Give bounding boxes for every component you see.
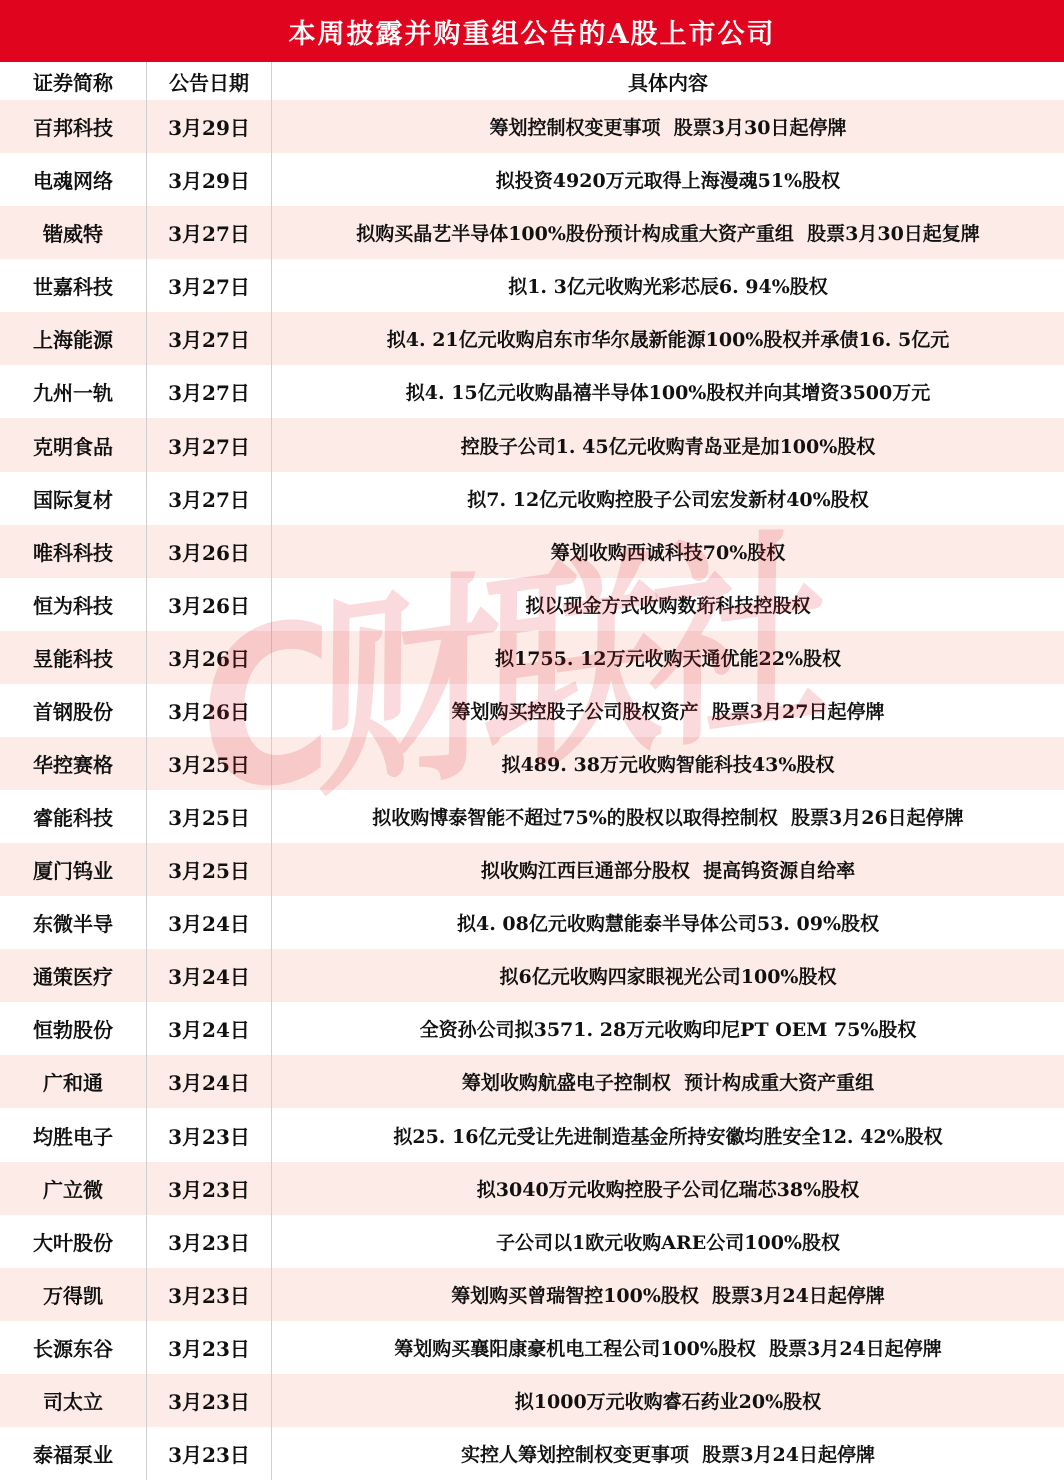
announce-date: 3月23日: [147, 1321, 272, 1374]
announce-date: 3月25日: [147, 790, 272, 843]
table-row: 司太立3月23日拟1000万元收购睿石药业20%股权: [0, 1374, 1064, 1427]
announce-date: 3月26日: [147, 684, 272, 737]
table-row: 昱能科技3月26日拟1755. 12万元收购天通优能22%股权: [0, 631, 1064, 684]
stock-name: 睿能科技: [0, 790, 147, 843]
table-row: 世嘉科技3月27日拟1. 3亿元收购光彩芯辰6. 94%股权: [0, 259, 1064, 312]
stock-name: 长源东谷: [0, 1321, 147, 1374]
stock-name: 广和通: [0, 1055, 147, 1108]
announcement-content: 子公司以1欧元收购ARE公司100%股权: [272, 1215, 1064, 1268]
announcement-content: 拟4. 15亿元收购晶禧半导体100%股权并向其增资3500万元: [272, 365, 1064, 418]
announcement-content: 筹划控制权变更事项 股票3月30日起停牌: [272, 100, 1064, 153]
table-title-bar: 本周披露并购重组公告的A股上市公司: [0, 0, 1064, 62]
announcement-content: 拟4. 08亿元收购慧能泰半导体公司53. 09%股权: [272, 896, 1064, 949]
table-row: 广和通3月24日筹划收购航盛电子控制权 预计构成重大资产重组: [0, 1055, 1064, 1108]
table-row: 锴威特3月27日拟购买晶艺半导体100%股份预计构成重大资产重组 股票3月30日…: [0, 206, 1064, 259]
announcement-content: 筹划收购西诚科技70%股权: [272, 525, 1064, 578]
announcement-content: 拟1755. 12万元收购天通优能22%股权: [272, 631, 1064, 684]
stock-name: 万得凯: [0, 1268, 147, 1321]
stock-name: 上海能源: [0, 312, 147, 365]
table-row: 均胜电子3月23日拟25. 16亿元受让先进制造基金所持安徽均胜安全12. 42…: [0, 1108, 1064, 1161]
table-row: 克明食品3月27日控股子公司1. 45亿元收购青岛亚是加100%股权: [0, 418, 1064, 471]
stock-name: 国际复材: [0, 472, 147, 525]
table-row: 广立微3月23日拟3040万元收购控股子公司亿瑞芯38%股权: [0, 1162, 1064, 1215]
table-row: 睿能科技3月25日拟收购博泰智能不超过75%的股权以取得控制权 股票3月26日起…: [0, 790, 1064, 843]
announcement-content: 拟收购江西巨通部分股权 提高钨资源自给率: [272, 843, 1064, 896]
announce-date: 3月23日: [147, 1374, 272, 1427]
announce-date: 3月27日: [147, 206, 272, 259]
announce-date: 3月24日: [147, 896, 272, 949]
table-row: 恒为科技3月26日拟以现金方式收购数珩科技控股权: [0, 578, 1064, 631]
stock-name: 通策医疗: [0, 949, 147, 1002]
table-row: 华控赛格3月25日拟489. 38万元收购智能科技43%股权: [0, 737, 1064, 790]
announcement-content: 拟投资4920万元取得上海漫魂51%股权: [272, 153, 1064, 206]
table-row: 百邦科技3月29日筹划控制权变更事项 股票3月30日起停牌: [0, 100, 1064, 153]
announcement-content: 筹划购买曾瑞智控100%股权 股票3月24日起停牌: [272, 1268, 1064, 1321]
column-header-announce-date: 公告日期: [147, 62, 272, 100]
announce-date: 3月27日: [147, 365, 272, 418]
stock-name: 东微半导: [0, 896, 147, 949]
stock-name: 泰福泵业: [0, 1427, 147, 1480]
announcement-content: 拟6亿元收购四家眼视光公司100%股权: [272, 949, 1064, 1002]
table-header-row: 证券简称 公告日期 具体内容: [0, 62, 1064, 100]
table-row: 上海能源3月27日拟4. 21亿元收购启东市华尔晟新能源100%股权并承债16.…: [0, 312, 1064, 365]
column-header-content: 具体内容: [272, 62, 1064, 100]
stock-name: 百邦科技: [0, 100, 147, 153]
table-row: 通策医疗3月24日拟6亿元收购四家眼视光公司100%股权: [0, 949, 1064, 1002]
table-row: 厦门钨业3月25日拟收购江西巨通部分股权 提高钨资源自给率: [0, 843, 1064, 896]
table-row: 电魂网络3月29日拟投资4920万元取得上海漫魂51%股权: [0, 153, 1064, 206]
announcement-content: 实控人筹划控制权变更事项 股票3月24日起停牌: [272, 1427, 1064, 1480]
table-row: 泰福泵业3月23日实控人筹划控制权变更事项 股票3月24日起停牌: [0, 1427, 1064, 1480]
announcement-content: 拟25. 16亿元受让先进制造基金所持安徽均胜安全12. 42%股权: [272, 1108, 1064, 1161]
announce-date: 3月23日: [147, 1108, 272, 1161]
stock-name: 恒勃股份: [0, 1002, 147, 1055]
announce-date: 3月24日: [147, 1002, 272, 1055]
announcement-content: 拟489. 38万元收购智能科技43%股权: [272, 737, 1064, 790]
table-row: 大叶股份3月23日子公司以1欧元收购ARE公司100%股权: [0, 1215, 1064, 1268]
announce-date: 3月24日: [147, 1055, 272, 1108]
stock-name: 厦门钨业: [0, 843, 147, 896]
announcement-content: 全资孙公司拟3571. 28万元收购印尼PT OEM 75%股权: [272, 1002, 1064, 1055]
stock-name: 大叶股份: [0, 1215, 147, 1268]
page-title: 本周披露并购重组公告的A股上市公司: [289, 12, 776, 51]
announcement-content: 拟购买晶艺半导体100%股份预计构成重大资产重组 股票3月30日起复牌: [272, 206, 1064, 259]
announcement-content: 拟4. 21亿元收购启东市华尔晟新能源100%股权并承债16. 5亿元: [272, 312, 1064, 365]
table-body: 百邦科技3月29日筹划控制权变更事项 股票3月30日起停牌电魂网络3月29日拟投…: [0, 100, 1064, 1480]
table-row: 恒勃股份3月24日全资孙公司拟3571. 28万元收购印尼PT OEM 75%股…: [0, 1002, 1064, 1055]
announce-date: 3月25日: [147, 843, 272, 896]
stock-name: 首钢股份: [0, 684, 147, 737]
announce-date: 3月29日: [147, 100, 272, 153]
table-row: 首钢股份3月26日筹划购买控股子公司股权资产 股票3月27日起停牌: [0, 684, 1064, 737]
announce-date: 3月27日: [147, 472, 272, 525]
stock-name: 克明食品: [0, 418, 147, 471]
announcement-content: 拟3040万元收购控股子公司亿瑞芯38%股权: [272, 1162, 1064, 1215]
table-row: 万得凯3月23日筹划购买曾瑞智控100%股权 股票3月24日起停牌: [0, 1268, 1064, 1321]
stock-name: 恒为科技: [0, 578, 147, 631]
announce-date: 3月23日: [147, 1215, 272, 1268]
table-row: 长源东谷3月23日筹划购买襄阳康豪机电工程公司100%股权 股票3月24日起停牌: [0, 1321, 1064, 1374]
announce-date: 3月26日: [147, 631, 272, 684]
announce-date: 3月26日: [147, 578, 272, 631]
announce-date: 3月23日: [147, 1268, 272, 1321]
stock-name: 华控赛格: [0, 737, 147, 790]
announce-date: 3月26日: [147, 525, 272, 578]
table-row: 东微半导3月24日拟4. 08亿元收购慧能泰半导体公司53. 09%股权: [0, 896, 1064, 949]
announce-date: 3月24日: [147, 949, 272, 1002]
announcement-content: 筹划购买控股子公司股权资产 股票3月27日起停牌: [272, 684, 1064, 737]
announce-date: 3月23日: [147, 1427, 272, 1480]
announce-date: 3月27日: [147, 312, 272, 365]
announcement-content: 拟1000万元收购睿石药业20%股权: [272, 1374, 1064, 1427]
stock-name: 昱能科技: [0, 631, 147, 684]
stock-name: 锴威特: [0, 206, 147, 259]
stock-name: 均胜电子: [0, 1108, 147, 1161]
announce-date: 3月23日: [147, 1162, 272, 1215]
announcement-content: 拟1. 3亿元收购光彩芯辰6. 94%股权: [272, 259, 1064, 312]
announce-date: 3月27日: [147, 418, 272, 471]
stock-name: 司太立: [0, 1374, 147, 1427]
column-header-stock-name: 证券简称: [0, 62, 147, 100]
announce-date: 3月25日: [147, 737, 272, 790]
announcement-content: 拟以现金方式收购数珩科技控股权: [272, 578, 1064, 631]
stock-name: 广立微: [0, 1162, 147, 1215]
stock-name: 世嘉科技: [0, 259, 147, 312]
announce-date: 3月27日: [147, 259, 272, 312]
announcement-content: 控股子公司1. 45亿元收购青岛亚是加100%股权: [272, 418, 1064, 471]
stock-name: 九州一轨: [0, 365, 147, 418]
table-row: 九州一轨3月27日拟4. 15亿元收购晶禧半导体100%股权并向其增资3500万…: [0, 365, 1064, 418]
table-row: 国际复材3月27日拟7. 12亿元收购控股子公司宏发新材40%股权: [0, 472, 1064, 525]
announcement-content: 筹划收购航盛电子控制权 预计构成重大资产重组: [272, 1055, 1064, 1108]
announcement-content: 筹划购买襄阳康豪机电工程公司100%股权 股票3月24日起停牌: [272, 1321, 1064, 1374]
announcement-content: 拟收购博泰智能不超过75%的股权以取得控制权 股票3月26日起停牌: [272, 790, 1064, 843]
stock-name: 唯科科技: [0, 525, 147, 578]
table-row: 唯科科技3月26日筹划收购西诚科技70%股权: [0, 525, 1064, 578]
announcement-content: 拟7. 12亿元收购控股子公司宏发新材40%股权: [272, 472, 1064, 525]
announce-date: 3月29日: [147, 153, 272, 206]
stock-name: 电魂网络: [0, 153, 147, 206]
